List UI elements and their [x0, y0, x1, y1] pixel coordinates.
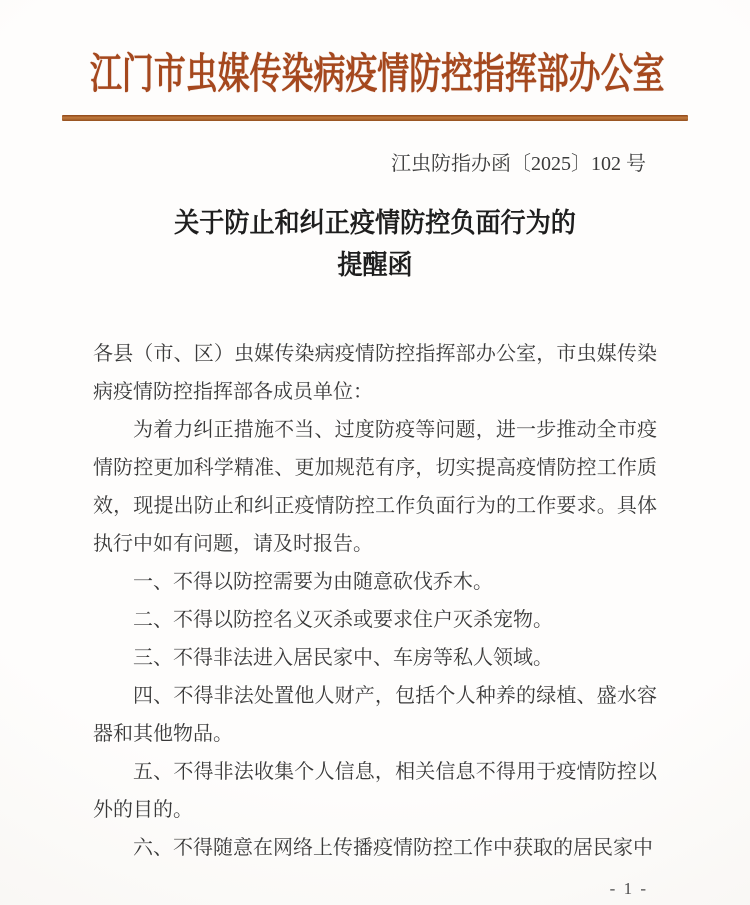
page-number: - 1 - — [610, 879, 648, 899]
document-title-line1: 关于防止和纠正疫情防控负面行为的 — [174, 208, 576, 238]
list-item-5: 五、不得非法收集个人信息，相关信息不得用于疫情防控以外的目的。 — [93, 753, 657, 829]
list-item-3: 三、不得非法进入居民家中、车房等私人领域。 — [93, 639, 657, 677]
document-number: 江虫防指办函〔2025〕102 号 — [0, 151, 750, 177]
list-item-2: 二、不得以防控名义灭杀或要求住户灭杀宠物。 — [93, 601, 657, 639]
list-item-4: 四、不得非法处置他人财产，包括个人种养的绿植、盛水容器和其他物品。 — [93, 677, 657, 753]
document-title: 关于防止和纠正疫情防控负面行为的 提醒函 — [26, 202, 724, 286]
letterhead-office-name: 江门市虫媒传染病疫情防控指挥部办公室 — [90, 45, 660, 105]
list-item-6: 六、不得随意在网络上传播疫情防控工作中获取的居民家中 — [93, 829, 657, 867]
letterhead-rule — [62, 115, 688, 121]
intro-paragraph: 为着力纠正措施不当、过度防疫等问题，进一步推动全市疫情防控更加科学精准、更加规范… — [93, 411, 657, 563]
list-item-1: 一、不得以防控需要为由随意砍伐乔木。 — [93, 563, 657, 601]
salutation: 各县（市、区）虫媒传染病疫情防控指挥部办公室，市虫媒传染病疫情防控指挥部各成员单… — [93, 335, 657, 411]
document-page: 江门市虫媒传染病疫情防控指挥部办公室 江虫防指办函〔2025〕102 号 关于防… — [0, 0, 750, 905]
document-body: 各县（市、区）虫媒传染病疫情防控指挥部办公室，市虫媒传染病疫情防控指挥部各成员单… — [0, 335, 748, 867]
document-title-line2: 提醒函 — [337, 250, 412, 280]
